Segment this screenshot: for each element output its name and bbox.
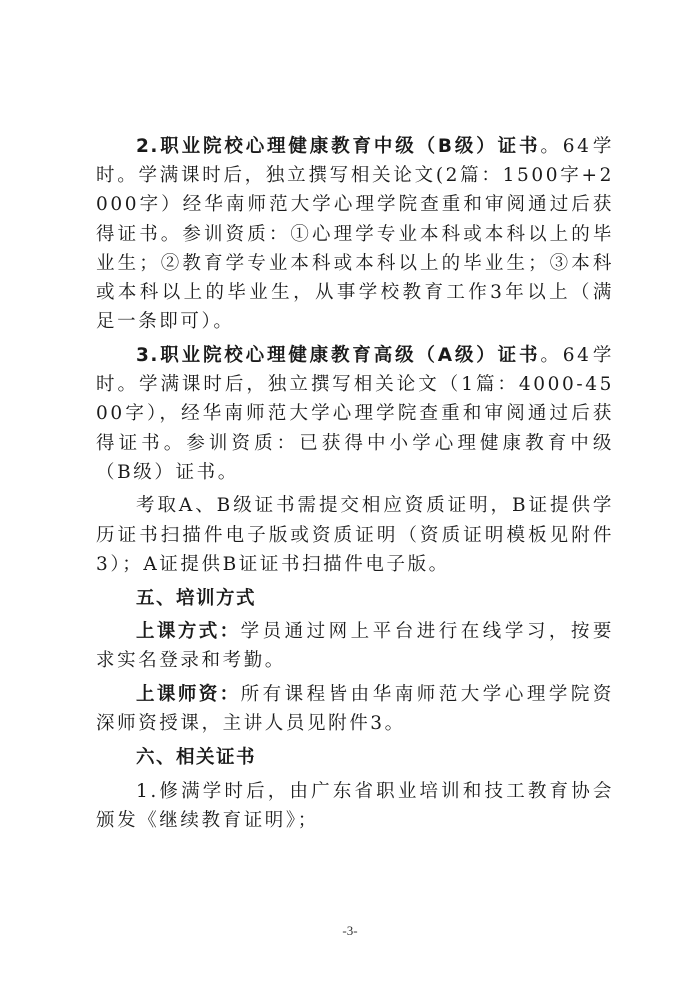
paragraph-qualification-proof: 考取A、B级证书需提交相应资质证明，B证提供学历证书扫描件电子版或资质证明（资质… bbox=[96, 491, 614, 579]
class-method-label: 上课方式： bbox=[136, 621, 241, 642]
paragraph-continuing-education-certificate: 1.修满学时后，由广东省职业培训和技工教育协会颁发《继续教育证明》； bbox=[96, 777, 614, 835]
advanced-certificate-title: 3.职业院校心理健康教育高级（A级）证书 bbox=[136, 345, 540, 366]
document-page: 2.职业院校心理健康教育中级（B级）证书。64学时。学满课时后，独立撰写相关论文… bbox=[96, 132, 614, 840]
section-heading-related-certificates: 六、相关证书 bbox=[96, 743, 614, 772]
teaching-staff-label: 上课师资： bbox=[136, 684, 241, 705]
qualification-proof-text: 考取A、B级证书需提交相应资质证明，B证提供学历证书扫描件电子版或资质证明（资质… bbox=[96, 495, 614, 574]
continuing-education-text: 1.修满学时后，由广东省职业培训和技工教育协会颁发《继续教育证明》； bbox=[96, 781, 614, 831]
paragraph-teaching-staff: 上课师资：所有课程皆由华南师范大学心理学院资深师资授课，主讲人员见附件3。 bbox=[96, 680, 614, 738]
paragraph-advanced-certificate: 3.职业院校心理健康教育高级（A级）证书。64学时。学满课时后，独立撰写相关论文… bbox=[96, 341, 614, 487]
intermediate-certificate-title: 2.职业院校心理健康教育中级（B级）证书 bbox=[136, 136, 540, 157]
paragraph-intermediate-certificate: 2.职业院校心理健康教育中级（B级）证书。64学时。学满课时后，独立撰写相关论文… bbox=[96, 132, 614, 336]
section-heading-training-method: 五、培训方式 bbox=[96, 584, 614, 613]
paragraph-class-method: 上课方式：学员通过网上平台进行在线学习，按要求实名登录和考勤。 bbox=[96, 617, 614, 675]
page-number: -3- bbox=[0, 923, 700, 939]
intermediate-certificate-text: 。64学时。学满课时后，独立撰写相关论文(2篇：1500字+2000字）经华南师… bbox=[96, 136, 614, 332]
